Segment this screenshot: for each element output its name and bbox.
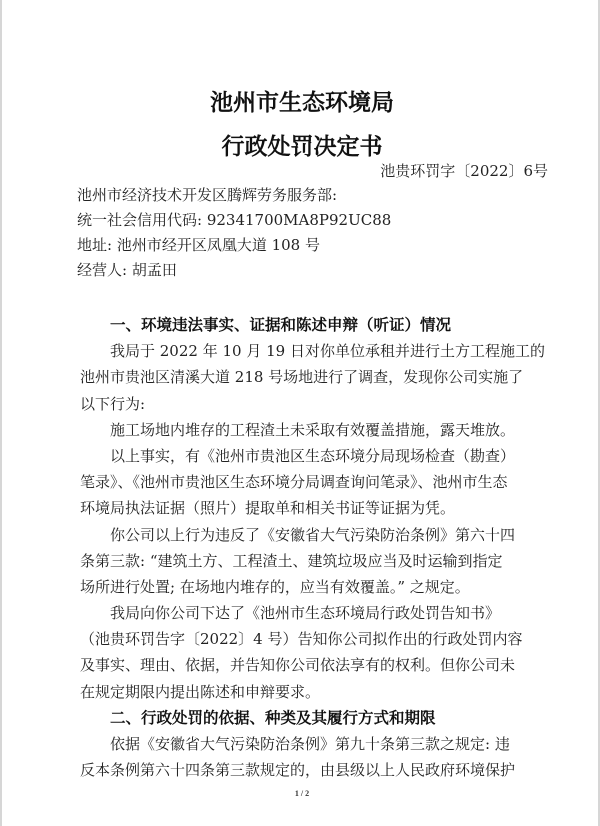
paragraph-line: 条第三款: “建筑土方、工程渣土、建筑垃圾应当及时运输到指定 [80, 548, 546, 574]
paragraph-line: 以上事实，有《池州市贵池区生态环境分局现场检查（勘查） [80, 443, 546, 469]
recipient-credit-code: 统一社会信用代码: 92341700MA8P92UC88 [77, 208, 391, 233]
issuing-authority-title: 池州市生态环境局 [2, 84, 600, 117]
paragraph-line: 以下行为: [80, 391, 546, 417]
recipient-block: 池州市经济技术开发区腾辉劳务服务部: 统一社会信用代码: 92341700MA8… [77, 183, 391, 283]
paragraph-line: 及事实、理由、依据，并告知你公司依法享有的权利。但你公司未 [80, 652, 546, 678]
paragraph-line: 你公司以上行为违反了《安徽省大气污染防治条例》第六十四 [80, 522, 546, 548]
recipient-address: 地址: 池州市经开区凤凰大道 108 号 [77, 233, 391, 258]
paragraph-line: 环境局执法证据（照片）提取单和相关书证等证据为凭。 [80, 495, 546, 521]
paragraph-line: 依据《安徽省大气污染防治条例》第九十条第三款之规定: 违 [80, 731, 546, 757]
page-number: 1 / 2 [2, 789, 600, 798]
recipient-operator: 经营人: 胡孟田 [77, 258, 391, 283]
paragraph-line: （池贵环罚告字〔2022〕4 号）告知你公司拟作出的行政处罚内容 [80, 626, 546, 652]
paragraph-line: 场所进行处置; 在场地内堆存的，应当有效覆盖。” 之规定。 [80, 574, 546, 600]
document-body: 一、环境违法事实、证据和陈述申辩（听证）情况 我局于 2022 年 10 月 1… [80, 312, 546, 783]
recipient-name: 池州市经济技术开发区腾辉劳务服务部: [77, 183, 391, 208]
section-2-heading: 二、行政处罚的依据、种类及其履行方式和期限 [80, 705, 546, 731]
section-1-heading: 一、环境违法事实、证据和陈述申辩（听证）情况 [80, 312, 546, 338]
document-type-title: 行政处罚决定书 [2, 128, 600, 161]
paragraph-line: 笔录》、《池州市贵池区生态环境分局调查询问笔录》、池州市生态 [80, 469, 546, 495]
document-number: 池贵环罚字〔2022〕6号 [380, 160, 548, 181]
paragraph-line: 我局向你公司下达了《池州市生态环境局行政处罚告知书》 [80, 600, 546, 626]
paragraph-line: 反本条例第六十四条第三款规定的，由县级以上人民政府环境保护 [80, 757, 546, 783]
paragraph-line: 我局于 2022 年 10 月 19 日对你单位承租并进行土方工程施工的 [80, 338, 546, 364]
paragraph-line: 池州市贵池区清溪大道 218 号场地进行了调查，发现你公司实施了 [80, 364, 546, 390]
paragraph-line: 在规定期限内提出陈述和申辩要求。 [80, 679, 546, 705]
paragraph-line: 施工场地内堆存的工程渣土未采取有效覆盖措施，露天堆放。 [80, 417, 546, 443]
document-page: 池州市生态环境局 行政处罚决定书 池贵环罚字〔2022〕6号 池州市经济技术开发… [0, 0, 600, 826]
